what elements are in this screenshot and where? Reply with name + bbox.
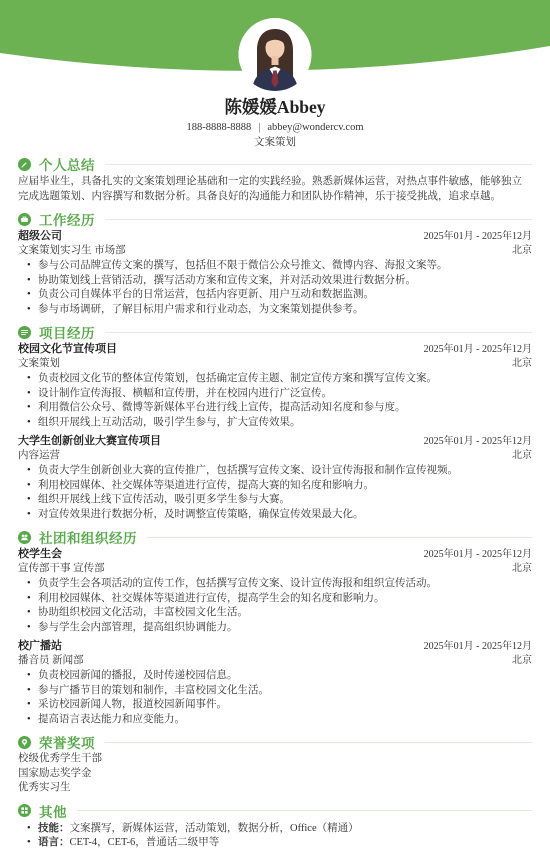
- location: 北京: [512, 562, 532, 576]
- section-divider-line: [105, 164, 532, 165]
- languages-text: CET-4，CET-6，普通话二级甲等: [70, 837, 220, 848]
- entry-header-row: 校园文化节宣传项目 2025年01月 - 2025年12月: [18, 343, 532, 357]
- entry-header-row: 大学生创新创业大赛宣传项目 2025年01月 - 2025年12月: [18, 435, 532, 449]
- section-organizations-header: 社团和组织经历: [18, 529, 532, 545]
- role-title: 宣传部干事 宣传部: [18, 562, 105, 576]
- bullet-list: 负责校园文化节的整体宣传策划，包括确定宣传主题、制定宣传方案和撰写宣传文案。 设…: [18, 372, 532, 430]
- honor-item: 校级优秀学生干部: [18, 752, 532, 767]
- pencil-icon: [18, 158, 31, 171]
- bullet-item: 利用校园媒体、社交媒体等渠道进行宣传，提高大赛的知名度和影响力。: [18, 479, 532, 494]
- languages-item: 语言：CET-4，CET-6，普通话二级甲等: [18, 836, 532, 849]
- bullet-item: 参与广播节目的策划和制作，丰富校园文化生活。: [18, 684, 532, 699]
- section-other: 其他 技能：文案撰写，新媒体运营，活动策划，数据分析，Office（精通） 语言…: [18, 803, 532, 849]
- entry-header-row: 校广播站 2025年01月 - 2025年12月: [18, 640, 532, 654]
- bullet-item: 组织开展线上线下宣传活动，吸引更多学生参与大赛。: [18, 493, 532, 508]
- entry-header-row: 校学生会 2025年01月 - 2025年12月: [18, 548, 532, 562]
- role-title: 文案策划实习生 市场部: [18, 244, 126, 258]
- location: 北京: [512, 654, 532, 668]
- role-title: 播音员 新闻部: [18, 654, 84, 668]
- entry-subheader-row: 宣传部干事 宣传部 北京: [18, 562, 532, 576]
- bullet-item: 组织开展线上互动活动，吸引学生参与，扩大宣传效果。: [18, 416, 532, 431]
- contact-separator: |: [258, 122, 260, 133]
- grid-icon: [18, 804, 31, 817]
- bullet-list: 负责大学生创新创业大赛的宣传推广，包括撰写宣传文案、设计宣传海报和制作宣传视频。…: [18, 464, 532, 522]
- bullet-list: 参与公司品牌宣传文案的撰写，包括但不限于微信公众号推文、微博内容、海报文案等。 …: [18, 259, 532, 317]
- organization-name: 校广播站: [18, 640, 62, 654]
- resume-page: 陈媛媛Abbey 188-8888-8888|abbey@wondercv.co…: [0, 0, 550, 849]
- bullet-item: 负责校园文化节的整体宣传策划，包括确定宣传主题、制定宣传方案和撰写宣传文案。: [18, 372, 532, 387]
- bullet-item: 负责校园新闻的播报，及时传递校园信息。: [18, 669, 532, 684]
- section-summary-title: 个人总结: [39, 154, 95, 174]
- section-divider-line: [105, 332, 532, 333]
- section-organizations: 社团和组织经历 校学生会 2025年01月 - 2025年12月 宣传部干事 宣…: [18, 529, 532, 727]
- bullet-item: 利用微信公众号、微博等新媒体平台进行线上宣传，提高活动知名度和参与度。: [18, 401, 532, 416]
- summary-text: 应届毕业生，具备扎实的文案策划理论基础和一定的实践经验。熟悉新媒体运营，对热点事…: [18, 175, 532, 204]
- target-job-title: 文案策划: [18, 136, 532, 149]
- date-range: 2025年01月 - 2025年12月: [424, 343, 532, 357]
- honors-list: 校级优秀学生干部 国家励志奖学金 优秀实习生: [18, 752, 532, 796]
- section-other-header: 其他: [18, 803, 532, 819]
- section-divider-line: [105, 219, 532, 220]
- email-address: abbey@wondercv.com: [267, 122, 363, 133]
- skills-item: 技能：文案撰写，新媒体运营，活动策划，数据分析，Office（精通）: [18, 822, 532, 837]
- location: 北京: [512, 449, 532, 463]
- bullet-item: 负责大学生创新创业大赛的宣传推广，包括撰写宣传文案、设计宣传海报和制作宣传视频。: [18, 464, 532, 479]
- bullet-item: 负责公司自媒体平台的日常运营，包括内容更新、用户互动和数据监测。: [18, 288, 532, 303]
- section-projects-header: 项目经历: [18, 324, 532, 340]
- section-organizations-title: 社团和组织经历: [39, 527, 137, 547]
- organization-name: 大学生创新创业大赛宣传项目: [18, 435, 161, 449]
- candidate-name: 陈媛媛Abbey: [18, 97, 532, 117]
- skills-label: 技能：: [38, 823, 70, 834]
- section-work-title: 工作经历: [39, 209, 95, 229]
- project-entry: 校园文化节宣传项目 2025年01月 - 2025年12月 文案策划 北京 负责…: [18, 343, 532, 430]
- section-projects: 项目经历 校园文化节宣传项目 2025年01月 - 2025年12月 文案策划 …: [18, 324, 532, 522]
- honor-item: 国家励志奖学金: [18, 767, 532, 782]
- organization-name: 校园文化节宣传项目: [18, 343, 117, 357]
- date-range: 2025年01月 - 2025年12月: [424, 548, 532, 562]
- section-projects-title: 项目经历: [39, 322, 95, 342]
- organization-name: 超级公司: [18, 230, 62, 244]
- bullet-item: 协助策划线上营销活动，撰写活动方案和宣传文案，并对活动效果进行数据分析。: [18, 274, 532, 289]
- contact-line: 188-8888-8888|abbey@wondercv.com: [18, 121, 532, 134]
- organization-entry: 校学生会 2025年01月 - 2025年12月 宣传部干事 宣传部 北京 负责…: [18, 548, 532, 635]
- location: 北京: [512, 357, 532, 371]
- project-entry: 大学生创新创业大赛宣传项目 2025年01月 - 2025年12月 内容运营 北…: [18, 435, 532, 522]
- role-title: 文案策划: [18, 357, 60, 371]
- role-title: 内容运营: [18, 449, 60, 463]
- entry-subheader-row: 播音员 新闻部 北京: [18, 654, 532, 668]
- bullet-list: 负责学生会各项活动的宣传工作，包括撰写宣传文案、设计宣传海报和组织宣传活动。 利…: [18, 577, 532, 635]
- entry-subheader-row: 文案策划实习生 市场部 北京: [18, 244, 532, 258]
- bullet-item: 采访校园新闻人物，报道校园新闻事件。: [18, 698, 532, 713]
- section-divider-line: [77, 810, 532, 811]
- section-work: 工作经历 超级公司 2025年01月 - 2025年12月 文案策划实习生 市场…: [18, 211, 532, 317]
- bullet-list: 负责校园新闻的播报，及时传递校园信息。 参与广播节目的策划和制作，丰富校园文化生…: [18, 669, 532, 727]
- phone-number: 188-8888-8888: [186, 122, 251, 133]
- work-entry: 超级公司 2025年01月 - 2025年12月 文案策划实习生 市场部 北京 …: [18, 230, 532, 317]
- bullet-item: 协助组织校园文化活动，丰富校园文化生活。: [18, 606, 532, 621]
- organization-entry: 校广播站 2025年01月 - 2025年12月 播音员 新闻部 北京 负责校园…: [18, 640, 532, 727]
- date-range: 2025年01月 - 2025年12月: [424, 435, 532, 449]
- section-honors-title: 荣誉奖项: [39, 732, 95, 752]
- bullet-item: 负责学生会各项活动的宣传工作，包括撰写宣传文案、设计宣传海报和组织宣传活动。: [18, 577, 532, 592]
- briefcase-icon: [18, 213, 31, 226]
- bullet-item: 利用校园媒体、社交媒体等渠道进行宣传，提高学生会的知名度和影响力。: [18, 592, 532, 607]
- skills-text: 文案撰写，新媒体运营，活动策划，数据分析，Office（精通）: [70, 823, 359, 834]
- honor-item: 优秀实习生: [18, 781, 532, 796]
- section-divider-line: [105, 742, 532, 743]
- entry-subheader-row: 内容运营 北京: [18, 449, 532, 463]
- section-divider-line: [147, 537, 532, 538]
- section-other-title: 其他: [39, 801, 67, 821]
- languages-label: 语言：: [38, 837, 70, 848]
- location: 北京: [512, 244, 532, 258]
- bullet-item: 设计制作宣传海报、横幅和宣传册，并在校园内进行广泛宣传。: [18, 387, 532, 402]
- entry-subheader-row: 文案策划 北京: [18, 357, 532, 371]
- people-icon: [18, 531, 31, 544]
- date-range: 2025年01月 - 2025年12月: [424, 640, 532, 654]
- date-range: 2025年01月 - 2025年12月: [424, 230, 532, 244]
- section-honors: 荣誉奖项 校级优秀学生干部 国家励志奖学金 优秀实习生: [18, 734, 532, 796]
- entry-header-row: 超级公司 2025年01月 - 2025年12月: [18, 230, 532, 244]
- section-honors-header: 荣誉奖项: [18, 734, 532, 750]
- bullet-item: 参与学生会内部管理，提高组织协调能力。: [18, 621, 532, 636]
- other-list: 技能：文案撰写，新媒体运营，活动策划，数据分析，Office（精通） 语言：CE…: [18, 822, 532, 849]
- bullet-item: 提高语言表达能力和应变能力。: [18, 713, 532, 728]
- organization-name: 校学生会: [18, 548, 62, 562]
- section-summary: 个人总结 应届毕业生，具备扎实的文案策划理论基础和一定的实践经验。熟悉新媒体运营…: [18, 156, 532, 204]
- bullet-item: 参与公司品牌宣传文案的撰写，包括但不限于微信公众号推文、微博内容、海报文案等。: [18, 259, 532, 274]
- bullet-item: 对宣传效果进行数据分析，及时调整宣传策略，确保宣传效果最大化。: [18, 508, 532, 523]
- medal-icon: [18, 736, 31, 749]
- section-work-header: 工作经历: [18, 211, 532, 227]
- bullet-item: 参与市场调研，了解目标用户需求和行业动态，为文案策划提供参考。: [18, 303, 532, 318]
- list-icon: [18, 326, 31, 339]
- section-summary-header: 个人总结: [18, 156, 532, 172]
